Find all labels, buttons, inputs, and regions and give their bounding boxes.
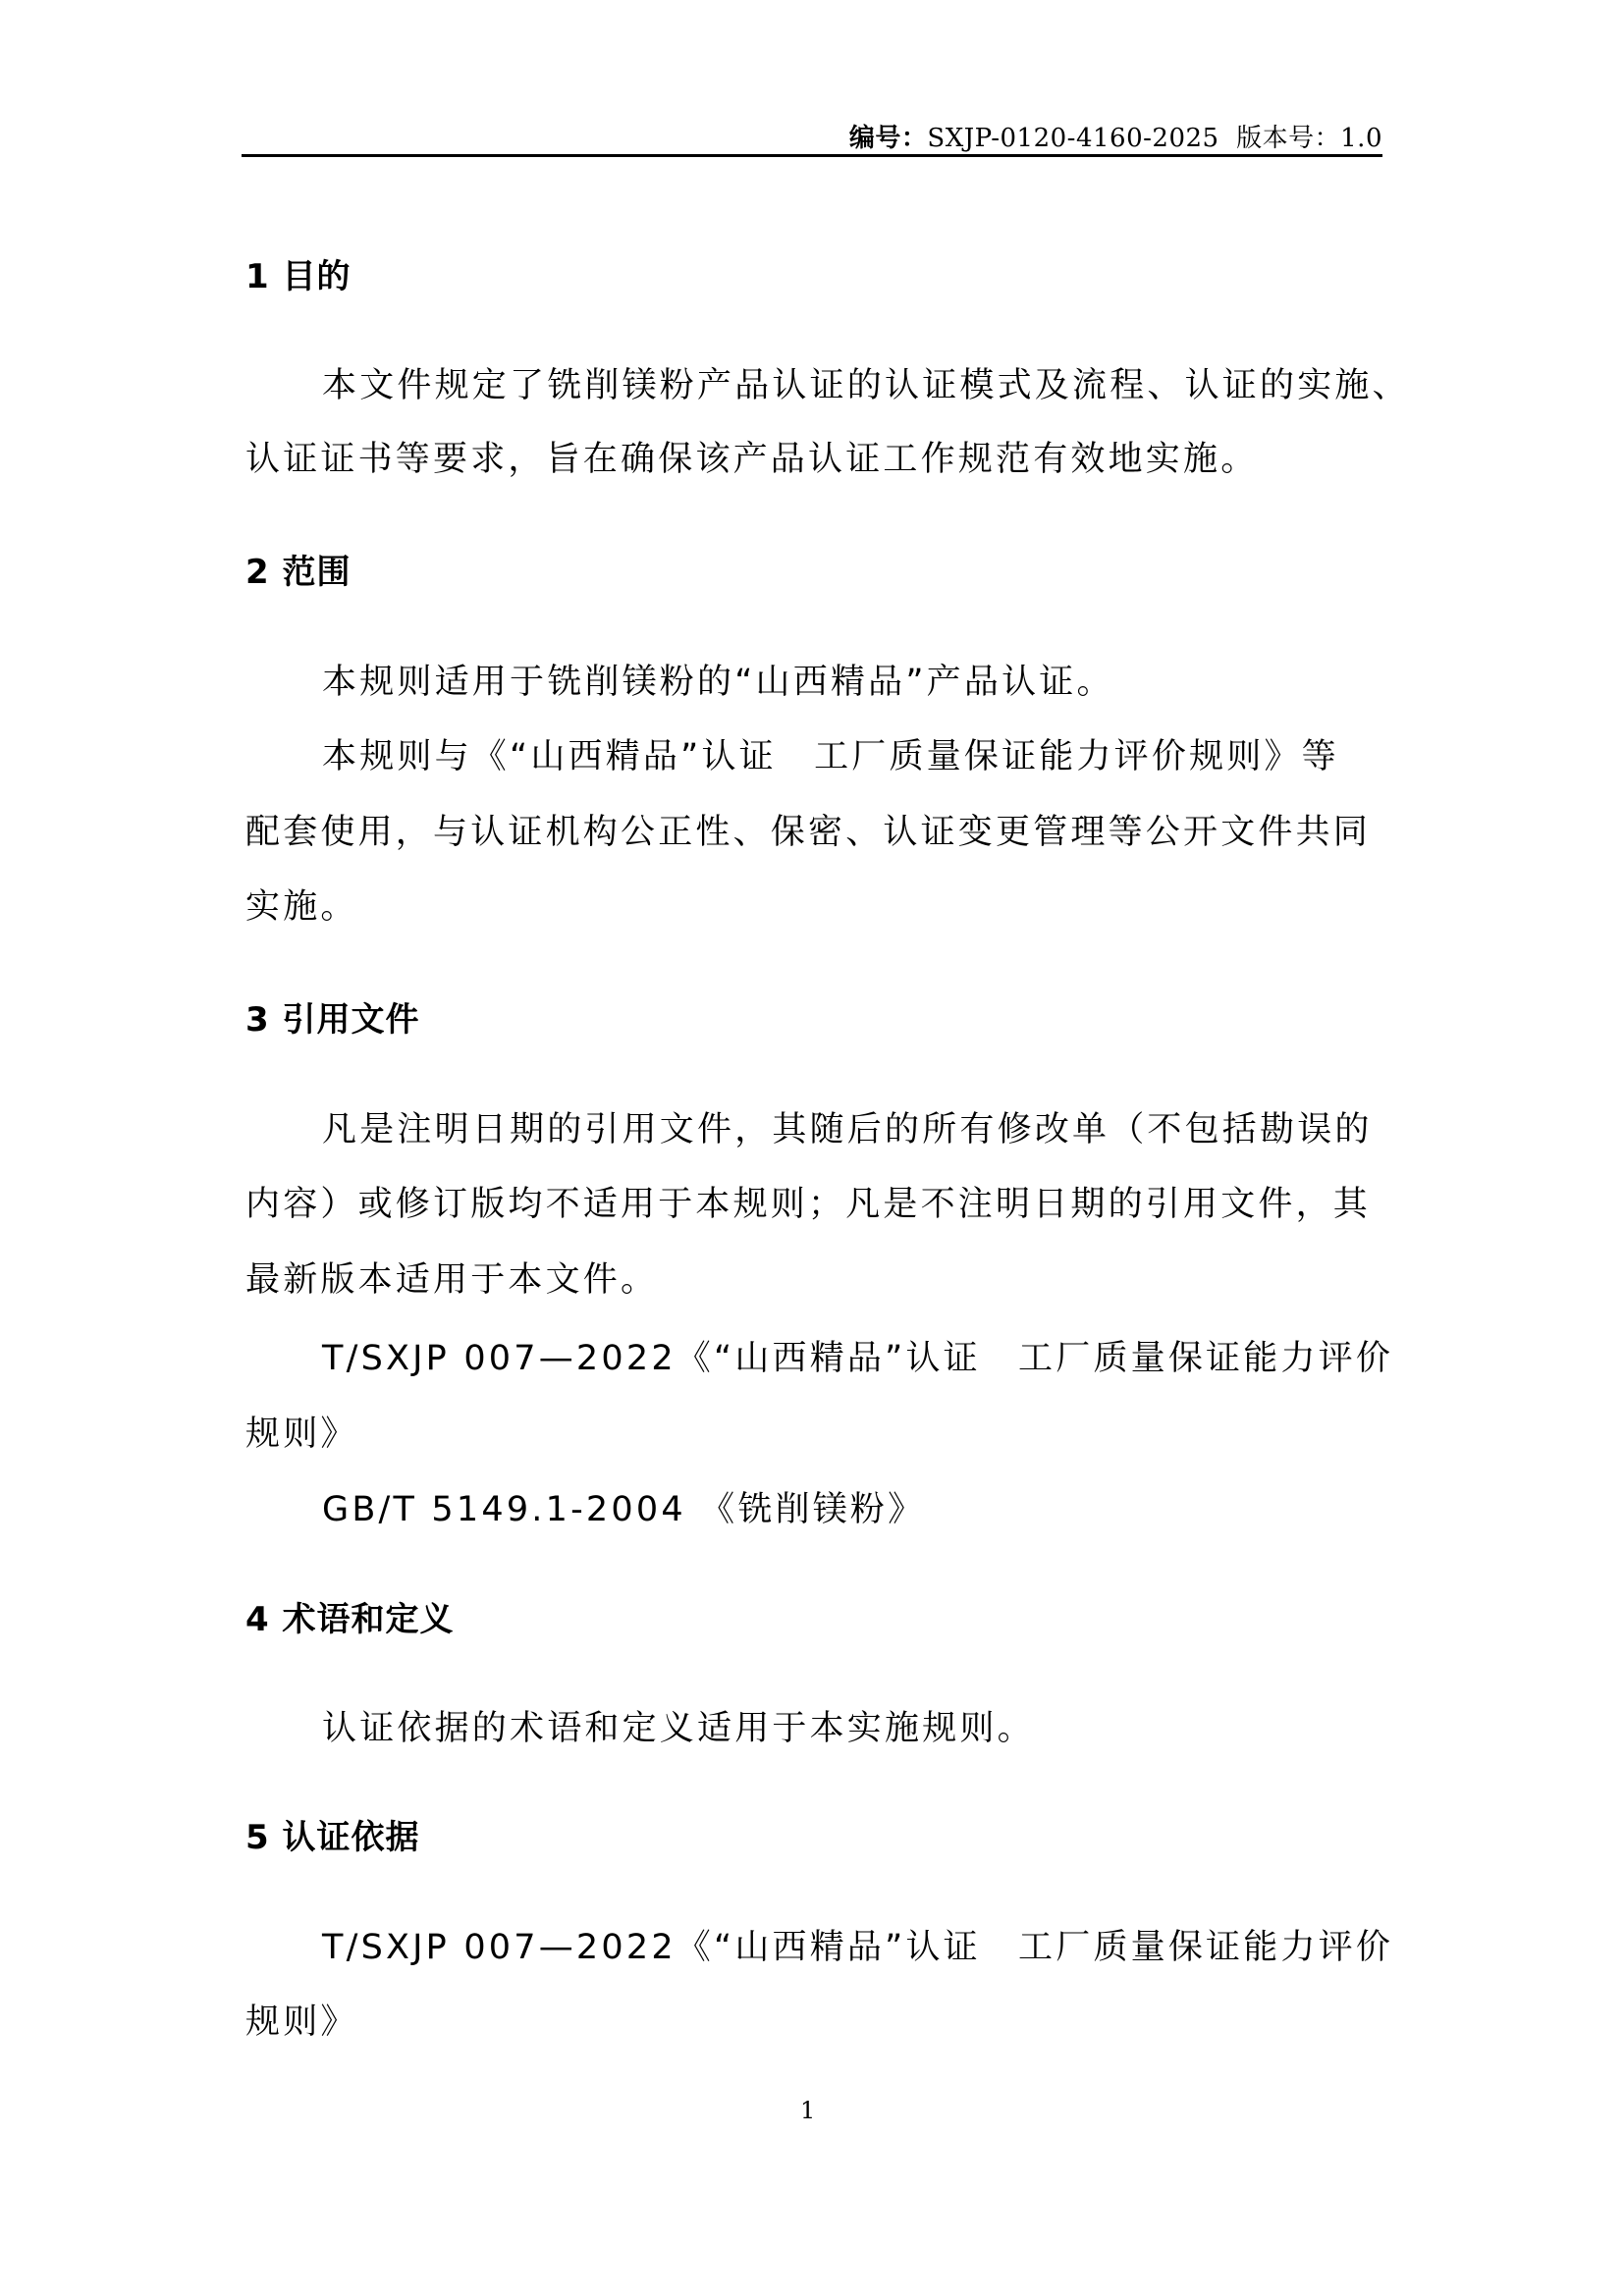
paragraph-line: 认证证书等要求，旨在确保该产品认证工作规范有效地实施。	[245, 440, 1258, 479]
page-header: 编号：SXJP-0120-4160-2025 版本号：1.0	[849, 118, 1382, 154]
reference-item-cont: 规则》	[245, 2002, 358, 2042]
reference-item-cont: 规则》	[245, 1415, 358, 1454]
paragraph-line: 本规则与《“山西精品”认证 工厂质量保证能力评价规则》等	[322, 737, 1339, 776]
paragraph-line: 本规则适用于铣削镁粉的“山西精品”产品认证。	[322, 663, 1114, 702]
reference-item: T/SXJP 007—2022《“山西精品”认证 工厂质量保证能力评价	[322, 1339, 1393, 1378]
reference-item: GB/T 5149.1-2004 《铣削镁粉》	[322, 1490, 925, 1529]
paragraph-line: 内容）或修订版均不适用于本规则；凡是不注明日期的引用文件，其	[245, 1185, 1371, 1224]
page-number: 1	[800, 2097, 815, 2124]
document-page: 编号：SXJP-0120-4160-2025 版本号：1.0 1 目的 本文件规…	[0, 0, 1624, 2296]
paragraph-line: 本文件规定了铣削镁粉产品认证的认证模式及流程、认证的实施、	[322, 366, 1410, 405]
doc-number: SXJP-0120-4160-2025	[927, 124, 1218, 153]
section-heading-references: 3 引用文件	[245, 1000, 420, 1040]
section-heading-purpose: 1 目的	[245, 257, 352, 296]
paragraph-line: 认证依据的术语和定义适用于本实施规则。	[322, 1709, 1035, 1748]
section-heading-terms: 4 术语和定义	[245, 1600, 455, 1639]
reference-item: T/SXJP 007—2022《“山西精品”认证 工厂质量保证能力评价	[322, 1928, 1393, 1967]
paragraph-line: 配套使用，与认证机构公正性、保密、认证变更管理等公开文件共同	[245, 813, 1371, 852]
header-rule	[242, 154, 1382, 157]
version-label: 版本号：	[1236, 124, 1340, 153]
paragraph-line: 实施。	[245, 887, 358, 927]
paragraph-line: 凡是注明日期的引用文件，其随后的所有修改单（不包括勘误的	[322, 1110, 1373, 1149]
section-heading-scope: 2 范围	[245, 553, 352, 592]
doc-number-label: 编号：	[849, 124, 928, 153]
section-heading-basis: 5 认证依据	[245, 1818, 420, 1857]
paragraph-line: 最新版本适用于本文件。	[245, 1260, 658, 1300]
version-number: 1.0	[1340, 124, 1382, 153]
